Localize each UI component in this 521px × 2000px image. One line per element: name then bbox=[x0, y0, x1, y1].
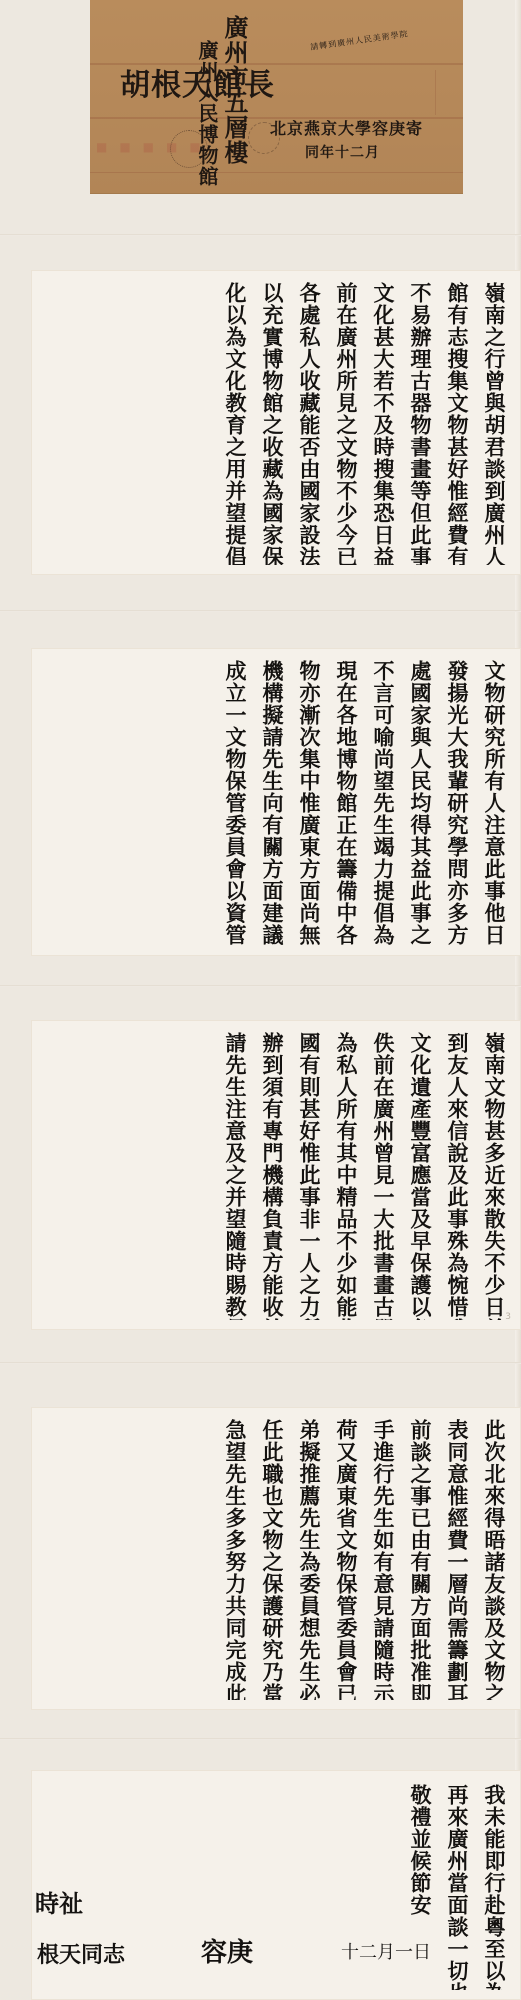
envelope-rule bbox=[435, 70, 436, 115]
text-column: 成立一文物保管委員會以資管理也 bbox=[217, 660, 254, 946]
text-column: 佚前在廣州曾見一大批書畫古器均 bbox=[365, 1032, 402, 1320]
envelope-sender-date: 同年十二月 bbox=[305, 145, 380, 161]
envelope-rule bbox=[90, 63, 463, 65]
text-column: 處國家與人民均得其益此事之重要 bbox=[402, 660, 439, 946]
letter-page-4: 此次北來得晤諸友談及文物之事皆 表同意惟經費一層尚需籌劃耳 前談之事已由有關方面… bbox=[31, 1407, 521, 1710]
text-column: 表同意惟經費一層尚需籌劃耳 bbox=[439, 1419, 476, 1700]
text-column: 急望先生多多努力共同完成此事業 bbox=[217, 1419, 254, 1700]
envelope-recipient: 胡根天館長 bbox=[120, 70, 275, 102]
text-column: 請先生注意及之并望隨時賜教是盼 bbox=[217, 1032, 254, 1320]
text-column: 弟擬推薦先生為委員想先生必能擔 bbox=[291, 1419, 328, 1700]
closing-greeting: 時祉 bbox=[35, 1890, 83, 1918]
envelope-rule bbox=[90, 172, 463, 173]
closing-addressee: 根天同志 bbox=[37, 1942, 125, 1968]
text-column: 館有志搜集文物甚好惟經費有限恐 bbox=[439, 282, 476, 565]
signature: 容庚 bbox=[201, 1938, 253, 1968]
page-number: 3 bbox=[505, 1312, 511, 1322]
text-column: 物亦漸次集中惟廣東方面尚無專門 bbox=[291, 660, 328, 946]
letter-page-2: 文物研究所有人注意此事他日當可 發揚光大我輩研究學問亦多方便之 處國家與人民均得… bbox=[31, 648, 521, 956]
envelope-side-note: 請轉到廣州人民美術學院 bbox=[310, 29, 409, 53]
text-column: 發揚光大我輩研究學問亦多方便之 bbox=[439, 660, 476, 946]
text-column: 各處私人收藏能否由國家設法徵集 bbox=[291, 282, 328, 565]
mount-seam bbox=[0, 1362, 521, 1364]
letter-page-5: 我未能即行赴粵至以為憾他日有機會 再來廣州當面談一切也此致 敬禮並候節安 時祉 … bbox=[31, 1770, 521, 2000]
text-column: 到友人來信說及此事殊為惋惜我國 bbox=[439, 1032, 476, 1320]
page-text: 嶺南之行曾與胡君談到廣州人民博物 館有志搜集文物甚好惟經費有限恐 不易辦理古器物… bbox=[39, 282, 513, 565]
text-column: 手進行先生如有意見請隨時示知為 bbox=[365, 1419, 402, 1700]
text-column: 荷又廣東省文物保管委員會已成立 bbox=[328, 1419, 365, 1700]
text-column: 嶺南之行曾與胡君談到廣州人民博物 bbox=[476, 282, 513, 565]
page-text: 此次北來得晤諸友談及文物之事皆 表同意惟經費一層尚需籌劃耳 前談之事已由有關方面… bbox=[39, 1419, 513, 1700]
envelope-sender: 北京燕京大學容庚寄 bbox=[270, 120, 423, 138]
letter-page-1: 嶺南之行曾與胡君談到廣州人民博物 館有志搜集文物甚好惟經費有限恐 不易辦理古器物… bbox=[31, 270, 521, 575]
mount-seam bbox=[0, 610, 521, 612]
text-column: 為私人所有其中精品不少如能收歸 bbox=[328, 1032, 365, 1320]
text-column: 任此職也文物之保護研究乃當務之 bbox=[254, 1419, 291, 1700]
text-column: 嶺南文物甚多近來散失不少日前接 bbox=[476, 1032, 513, 1320]
text-column: 國有則甚好惟此事非一人之力所能 bbox=[291, 1032, 328, 1320]
text-column: 辦到須有專門機構負責方能收效也 bbox=[254, 1032, 291, 1320]
text-column: 文化遺產豐富應當及早保護以免散 bbox=[402, 1032, 439, 1320]
text-column: 文化甚大若不及時搜集恐日益散失 bbox=[365, 282, 402, 565]
letter-page-3: 嶺南文物甚多近來散失不少日前接 到友人來信說及此事殊為惋惜我國 文化遺產豐富應當… bbox=[31, 1020, 521, 1330]
text-column: 前在廣州所見之文物不少今已零落 bbox=[328, 282, 365, 565]
text-column: 此次北來得晤諸友談及文物之事皆 bbox=[476, 1419, 513, 1700]
text-column: 不易辦理古器物書畫等但此事關係 bbox=[402, 282, 439, 565]
text-column: 前談之事已由有關方面批准即可著 bbox=[402, 1419, 439, 1700]
mount-seam bbox=[0, 985, 521, 987]
page-text: 文物研究所有人注意此事他日當可 發揚光大我輩研究學問亦多方便之 處國家與人民均得… bbox=[39, 660, 513, 946]
envelope-organization: 廣州人民博物館 bbox=[195, 40, 219, 187]
mount-seam bbox=[0, 234, 521, 236]
text-column: 我未能即行赴粵至以為憾他日有機會 bbox=[476, 1784, 513, 1990]
text-column: 現在各地博物館正在籌備中各處文 bbox=[328, 660, 365, 946]
text-column: 不言可喻尚望先生竭力提倡為幸耳 bbox=[365, 660, 402, 946]
envelope: ■■■■■ 廣州市五層樓 廣州人民博物館 胡根天館長 請轉到廣州人民美術學院 北… bbox=[90, 0, 463, 193]
text-column: 機構擬請先生向有關方面建議從速 bbox=[254, 660, 291, 946]
text-column: 文物研究所有人注意此事他日當可 bbox=[476, 660, 513, 946]
letter-date: 十二月一日 bbox=[341, 1942, 431, 1964]
mount-seam bbox=[0, 1738, 521, 1740]
page-text: 嶺南文物甚多近來散失不少日前接 到友人來信說及此事殊為惋惜我國 文化遺產豐富應當… bbox=[39, 1032, 513, 1320]
text-column: 化以為文化教育之用并望提倡收集 bbox=[217, 282, 254, 565]
text-column: 再來廣州當面談一切也此致 bbox=[439, 1784, 476, 1990]
text-column: 以充實博物館之收藏為國家保存文 bbox=[254, 282, 291, 565]
